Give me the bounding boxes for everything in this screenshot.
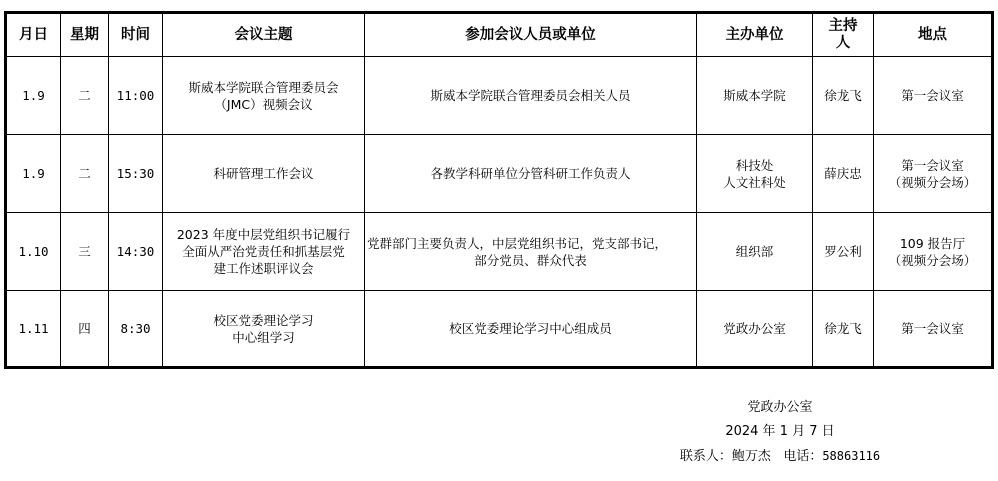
header-location: 地点 bbox=[874, 13, 993, 57]
cell-topic: 斯威本学院联合管理委员会 （JMC）视频会议 bbox=[163, 57, 365, 135]
organizer-line: 组织部 bbox=[699, 243, 810, 260]
organizer-line: 斯威本学院 bbox=[699, 87, 810, 104]
table-row: 1.9 二 15:30 科研管理工作会议 各教学科研单位分管科研工作负责人 科技… bbox=[6, 135, 993, 213]
location-line: 第一会议室 bbox=[876, 320, 989, 337]
issue-date: 2024 年 1 月 7 日 bbox=[640, 420, 920, 444]
table-row: 1.10 三 14:30 2023 年度中层党组织书记履行 全面从严治党责任和抓… bbox=[6, 213, 993, 291]
header-weekday: 星期 bbox=[61, 13, 109, 57]
topic-line: 科研管理工作会议 bbox=[165, 165, 362, 182]
document-footer: 党政办公室 2024 年 1 月 7 日 联系人：鲍万杰 电话：58863116 bbox=[640, 396, 920, 469]
topic-line: （JMC）视频会议 bbox=[165, 96, 362, 113]
location-line: 第一会议室 bbox=[876, 157, 989, 174]
organizer-line: 人文社科处 bbox=[699, 174, 810, 191]
contact-name: 鲍万杰 bbox=[732, 449, 771, 464]
phone-label: 电话： bbox=[783, 449, 822, 464]
attendees-line: 校区党委理论学习中心组成员 bbox=[367, 320, 694, 337]
cell-organizer: 党政办公室 bbox=[697, 291, 813, 368]
cell-organizer: 斯威本学院 bbox=[697, 57, 813, 135]
location-line: （视频分会场） bbox=[876, 174, 989, 191]
topic-line: 中心组学习 bbox=[165, 329, 362, 346]
cell-host: 罗公利 bbox=[813, 213, 874, 291]
contact-label: 联系人： bbox=[680, 449, 732, 464]
contact-info: 联系人：鲍万杰 电话：58863116 bbox=[640, 444, 920, 469]
topic-line: 斯威本学院联合管理委员会 bbox=[165, 79, 362, 96]
location-line: （视频分会场） bbox=[876, 252, 989, 269]
cell-weekday: 二 bbox=[61, 57, 109, 135]
header-host-line1: 主持 bbox=[815, 18, 871, 35]
cell-attendees: 党群部门主要负责人，中层党组织书记，党支部书记， 部分党员、群众代表 bbox=[365, 213, 697, 291]
location-line: 第一会议室 bbox=[876, 87, 989, 104]
cell-organizer: 组织部 bbox=[697, 213, 813, 291]
cell-attendees: 校区党委理论学习中心组成员 bbox=[365, 291, 697, 368]
header-row: 月日 星期 时间 会议主题 参加会议人员或单位 主办单位 主持 人 地点 bbox=[6, 13, 993, 57]
cell-organizer: 科技处 人文社科处 bbox=[697, 135, 813, 213]
cell-date: 1.9 bbox=[6, 135, 61, 213]
cell-host: 薛庆忠 bbox=[813, 135, 874, 213]
cell-time: 14:30 bbox=[109, 213, 163, 291]
cell-weekday: 四 bbox=[61, 291, 109, 368]
header-topic: 会议主题 bbox=[163, 13, 365, 57]
cell-date: 1.9 bbox=[6, 57, 61, 135]
topic-line: 校区党委理论学习 bbox=[165, 312, 362, 329]
topic-line: 建工作述职评议会 bbox=[165, 260, 362, 277]
meeting-schedule-table: 月日 星期 时间 会议主题 参加会议人员或单位 主办单位 主持 人 地点 1.9… bbox=[4, 11, 994, 369]
cell-time: 15:30 bbox=[109, 135, 163, 213]
attendees-line: 党群部门主要负责人，中层党组织书记，党支部书记， bbox=[367, 235, 694, 252]
header-attendees: 参加会议人员或单位 bbox=[365, 13, 697, 57]
cell-topic: 2023 年度中层党组织书记履行 全面从严治党责任和抓基层党 建工作述职评议会 bbox=[163, 213, 365, 291]
cell-host: 徐龙飞 bbox=[813, 291, 874, 368]
attendees-line: 斯威本学院联合管理委员会相关人员 bbox=[367, 87, 694, 104]
cell-location: 109 报告厅 （视频分会场） bbox=[874, 213, 993, 291]
cell-topic: 校区党委理论学习 中心组学习 bbox=[163, 291, 365, 368]
cell-topic: 科研管理工作会议 bbox=[163, 135, 365, 213]
header-time: 时间 bbox=[109, 13, 163, 57]
organizer-line: 党政办公室 bbox=[699, 320, 810, 337]
header-date: 月日 bbox=[6, 13, 61, 57]
header-organizer: 主办单位 bbox=[697, 13, 813, 57]
attendees-line: 各教学科研单位分管科研工作负责人 bbox=[367, 165, 694, 182]
topic-line: 2023 年度中层党组织书记履行 bbox=[165, 226, 362, 243]
phone-number: 58863116 bbox=[822, 449, 880, 463]
header-host: 主持 人 bbox=[813, 13, 874, 57]
header-host-line2: 人 bbox=[815, 35, 871, 52]
cell-weekday: 二 bbox=[61, 135, 109, 213]
cell-time: 11:00 bbox=[109, 57, 163, 135]
issuing-office: 党政办公室 bbox=[640, 396, 920, 420]
table-row: 1.9 二 11:00 斯威本学院联合管理委员会 （JMC）视频会议 斯威本学院… bbox=[6, 57, 993, 135]
table-row: 1.11 四 8:30 校区党委理论学习 中心组学习 校区党委理论学习中心组成员… bbox=[6, 291, 993, 368]
cell-location: 第一会议室 bbox=[874, 291, 993, 368]
cell-date: 1.10 bbox=[6, 213, 61, 291]
cell-weekday: 三 bbox=[61, 213, 109, 291]
location-line: 109 报告厅 bbox=[876, 235, 989, 252]
attendees-line: 部分党员、群众代表 bbox=[367, 252, 694, 269]
cell-attendees: 各教学科研单位分管科研工作负责人 bbox=[365, 135, 697, 213]
topic-line: 全面从严治党责任和抓基层党 bbox=[165, 243, 362, 260]
cell-attendees: 斯威本学院联合管理委员会相关人员 bbox=[365, 57, 697, 135]
cell-time: 8:30 bbox=[109, 291, 163, 368]
cell-location: 第一会议室 （视频分会场） bbox=[874, 135, 993, 213]
organizer-line: 科技处 bbox=[699, 157, 810, 174]
cell-location: 第一会议室 bbox=[874, 57, 993, 135]
cell-date: 1.11 bbox=[6, 291, 61, 368]
cell-host: 徐龙飞 bbox=[813, 57, 874, 135]
